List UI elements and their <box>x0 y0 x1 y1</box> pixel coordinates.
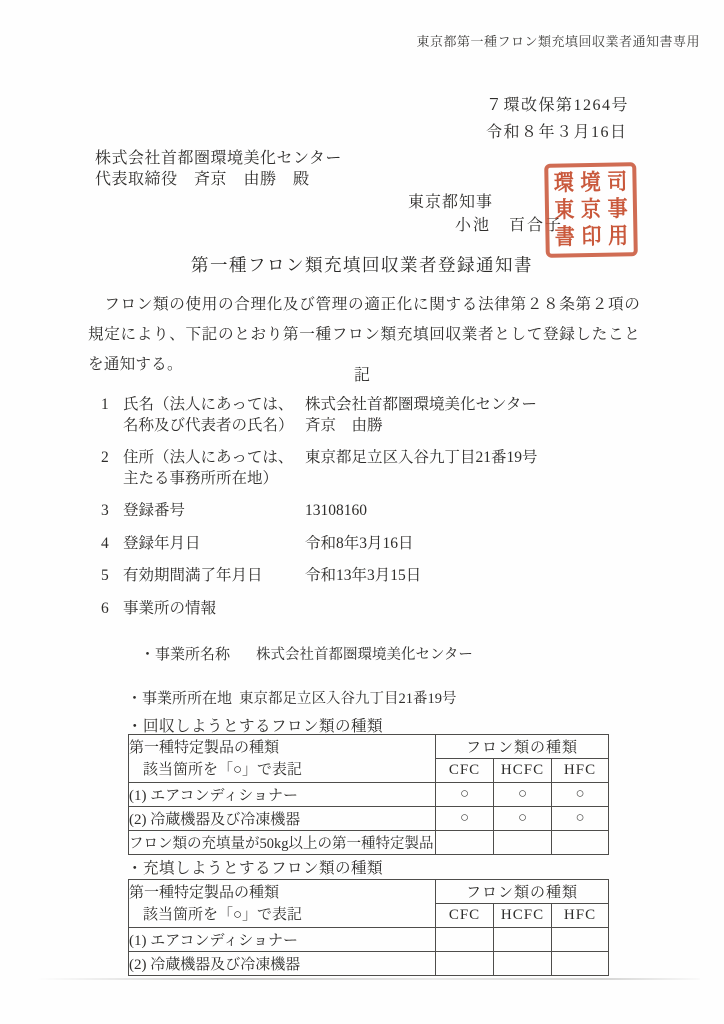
record-item: 6事業所の情報 <box>88 599 640 620</box>
office-address-row: ・事業所所在地東京都足立区入谷九丁目21番19号 <box>127 687 457 708</box>
item-number: 3 <box>88 501 123 522</box>
product-type-header: 第一種特定製品の種類該当箇所を「○」で表記 <box>129 880 436 928</box>
item-label-line: 登録番号 <box>123 501 305 522</box>
empty-mark-cell <box>494 952 552 976</box>
record-item: 1氏名（法人にあっては、名称及び代表者の氏名）株式会社首都圏環境美化センター斉京… <box>88 395 640 436</box>
item-number: 6 <box>88 599 123 620</box>
fill_section-table: 第一種特定製品の種類該当箇所を「○」で表記フロン類の種類CFCHCFCHFC(1… <box>128 879 609 976</box>
item-label-line: 事業所の情報 <box>123 599 305 620</box>
gas-column-header: HCFC <box>494 759 552 783</box>
circle-mark-cell: ○ <box>494 807 552 831</box>
empty-mark-cell <box>494 928 552 952</box>
seal-character: 事 <box>607 198 627 221</box>
item-value: 東京都足立区入谷九丁目21番19号 <box>305 448 640 489</box>
office-address-label: ・事業所所在地 <box>127 691 232 707</box>
sender-title: 東京都知事 <box>408 189 493 212</box>
product-row-label: フロン類の充填量が50kg以上の第一種特定製品 <box>129 831 436 855</box>
seal-character: 京 <box>581 199 601 222</box>
product-row: フロン類の充填量が50kg以上の第一種特定製品 <box>129 831 609 855</box>
governor-seal: 環境司東京事書印用 <box>544 162 638 258</box>
product-row-label: (2) 冷蔵機器及び冷凍機器 <box>129 807 436 831</box>
item-value-line: 株式会社首都圏環境美化センター <box>305 395 640 416</box>
item-label: 有効期間満了年月日 <box>123 566 305 587</box>
empty-mark-cell <box>494 831 552 855</box>
scanned-document-page: 東京都第一種フロン類充填回収業者通知書専用 ７環改保第1264号 令和８年３月1… <box>0 0 724 1024</box>
item-label-line: 名称及び代表者の氏名） <box>123 416 305 437</box>
fron-type-header: フロン類の種類 <box>436 880 609 904</box>
record-item: 4登録年月日令和8年3月16日 <box>88 534 640 555</box>
record-item: 5有効期間満了年月日令和13年3月15日 <box>88 566 640 587</box>
gas-column-header: HFC <box>552 759 609 783</box>
scan-artifact-line <box>36 978 700 980</box>
item-label-line: 登録年月日 <box>123 534 305 555</box>
item-value-line: 13108160 <box>305 501 640 522</box>
item-value-line: 斉京 由勝 <box>305 416 640 437</box>
empty-mark-cell <box>552 928 609 952</box>
issue-date: 令和８年３月16日 <box>486 119 629 146</box>
fill-section-heading: ・充填しようとするフロン類の種類 <box>127 856 383 878</box>
circle-mark-cell: ○ <box>552 807 609 831</box>
item-number: 4 <box>88 534 123 555</box>
seal-character: 境 <box>580 171 600 194</box>
recover_section-table: 第一種特定製品の種類該当箇所を「○」で表記フロン類の種類CFCHCFCHFC(1… <box>128 734 609 855</box>
circle-mark-cell: ○ <box>436 807 494 831</box>
item-label: 登録年月日 <box>123 534 305 555</box>
record-mark: 記 <box>0 362 724 385</box>
item-value-line: 令和8年3月16日 <box>305 534 640 555</box>
gas-column-header: HCFC <box>494 904 552 928</box>
product-type-header: 第一種特定製品の種類該当箇所を「○」で表記 <box>129 735 436 783</box>
item-label: 氏名（法人にあっては、名称及び代表者の氏名） <box>123 395 305 436</box>
empty-mark-cell <box>436 952 494 976</box>
recover-table-wrap: 第一種特定製品の種類該当箇所を「○」で表記フロン類の種類CFCHCFCHFC(1… <box>128 734 609 855</box>
recover-section-heading: ・回収しようとするフロン類の種類 <box>127 714 383 736</box>
item-label: 事業所の情報 <box>123 599 305 620</box>
product-header-line2: 該当箇所を「○」で表記 <box>129 904 435 926</box>
item-value: 令和13年3月15日 <box>305 566 640 587</box>
item-label-line: 主たる事務所所在地） <box>123 469 305 490</box>
seal-character: 環 <box>554 172 574 195</box>
table-header-row: 第一種特定製品の種類該当箇所を「○」で表記フロン類の種類 <box>129 880 609 904</box>
item-value: 株式会社首都圏環境美化センター斉京 由勝 <box>305 395 640 436</box>
fill-table-wrap: 第一種特定製品の種類該当箇所を「○」で表記フロン類の種類CFCHCFCHFC(1… <box>128 879 609 976</box>
item-value-line: 令和13年3月15日 <box>305 566 640 587</box>
office-name-row: ・事業所名称株式会社首都圏環境美化センター <box>140 643 473 664</box>
product-row: (1) エアコンディショナー○○○ <box>129 783 609 807</box>
item-value-line: 東京都足立区入谷九丁目21番19号 <box>305 448 640 469</box>
product-row-label: (2) 冷蔵機器及び冷凍機器 <box>129 952 436 976</box>
item-number: 1 <box>88 395 123 436</box>
item-label: 登録番号 <box>123 501 305 522</box>
empty-mark-cell <box>436 831 494 855</box>
product-header-line1: 第一種特定製品の種類 <box>129 885 279 901</box>
item-value <box>305 599 640 620</box>
item-number: 5 <box>88 566 123 587</box>
item-number: 2 <box>88 448 123 489</box>
seal-character: 用 <box>608 225 628 248</box>
fron-type-header: フロン類の種類 <box>436 735 609 759</box>
corner-note: 東京都第一種フロン類充填回収業者通知書専用 <box>416 31 700 50</box>
item-label-line: 住所（法人にあっては、 <box>123 448 305 469</box>
addressee-block: 株式会社首都圏環境美化センター 代表取締役 斉京 由勝 殿 <box>95 148 342 190</box>
gas-column-header: CFC <box>436 904 494 928</box>
product-row-label: (1) エアコンディショナー <box>129 928 436 952</box>
product-row-label: (1) エアコンディショナー <box>129 783 436 807</box>
seal-character: 書 <box>555 226 575 249</box>
office-name-label: ・事業所名称 <box>140 647 230 663</box>
product-header-line2: 該当箇所を「○」で表記 <box>129 759 435 781</box>
item-label-line: 氏名（法人にあっては、 <box>123 395 305 416</box>
circle-mark-cell: ○ <box>494 783 552 807</box>
record-item: 3登録番号13108160 <box>88 501 640 522</box>
addressee-person: 代表取締役 斉京 由勝 殿 <box>95 169 342 190</box>
empty-mark-cell <box>552 952 609 976</box>
office-address-value: 東京都足立区入谷九丁目21番19号 <box>239 691 457 707</box>
empty-mark-cell <box>436 928 494 952</box>
addressee-company: 株式会社首都圏環境美化センター <box>95 148 342 169</box>
seal-character: 司 <box>607 171 627 194</box>
product-header-line1: 第一種特定製品の種類 <box>129 740 279 756</box>
gas-column-header: HFC <box>552 904 609 928</box>
item-label-line: 有効期間満了年月日 <box>123 566 305 587</box>
seal-character: 東 <box>554 199 574 222</box>
circle-mark-cell: ○ <box>436 783 494 807</box>
item-label: 住所（法人にあっては、主たる事務所所在地） <box>123 448 305 489</box>
circle-mark-cell: ○ <box>552 783 609 807</box>
gas-column-header: CFC <box>436 759 494 783</box>
item-value: 13108160 <box>305 501 640 522</box>
document-meta: ７環改保第1264号 令和８年３月16日 <box>486 92 629 146</box>
doc-number: ７環改保第1264号 <box>486 92 629 119</box>
record-item: 2住所（法人にあっては、主たる事務所所在地）東京都足立区入谷九丁目21番19号 <box>88 448 640 489</box>
product-row: (2) 冷蔵機器及び冷凍機器○○○ <box>129 807 609 831</box>
office-name-value: 株式会社首都圏環境美化センター <box>256 647 473 663</box>
empty-mark-cell <box>552 831 609 855</box>
seal-character: 印 <box>581 226 601 249</box>
product-row: (1) エアコンディショナー <box>129 928 609 952</box>
document-title: 第一種フロン類充填回収業者登録通知書 <box>0 252 724 277</box>
item-value: 令和8年3月16日 <box>305 534 640 555</box>
product-row: (2) 冷蔵機器及び冷凍機器 <box>129 952 609 976</box>
table-header-row: 第一種特定製品の種類該当箇所を「○」で表記フロン類の種類 <box>129 735 609 759</box>
items-list: 1氏名（法人にあっては、名称及び代表者の氏名）株式会社首都圏環境美化センター斉京… <box>88 395 640 631</box>
